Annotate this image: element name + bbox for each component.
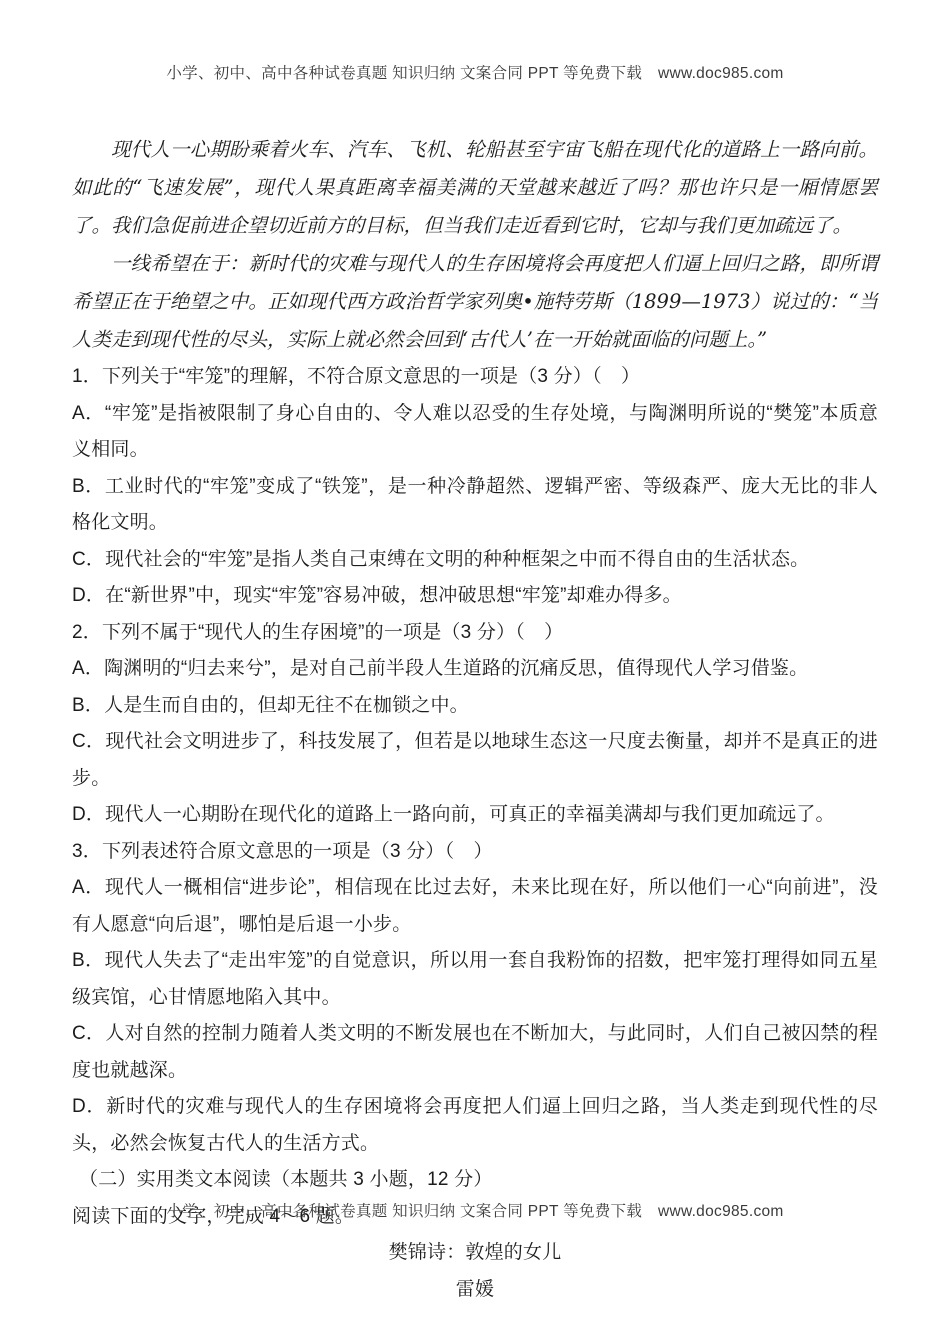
question-2-option-c: C．现代社会文明进步了，科技发展了，但若是以地球生态这一尺度去衡量，却并不是真正… <box>72 724 878 797</box>
section-2-heading: （二）实用类文本阅读（本题共 3 小题，12 分） <box>72 1162 878 1199</box>
question-1-option-b: B．工业时代的“牢笼”变成了“铁笼”，是一种冷静超然、逻辑严密、等级森严、庞大无… <box>72 469 878 542</box>
page-content: 现代人一心期盼乘着火车、汽车、飞机、轮船甚至宇宙飞船在现代化的道路上一路向前。如… <box>72 131 878 1308</box>
question-3-option-b: B．现代人失去了“走出牢笼”的自觉意识，所以用一套自我粉饰的招数，把牢笼打理得如… <box>72 943 878 1016</box>
page-header-watermark: 小学、初中、高中各种试卷真题 知识归纳 文案合同 PPT 等免费下载 www.d… <box>0 61 950 83</box>
question-1-option-d: D．在“新世界”中，现实“牢笼”容易冲破，想冲破思想“牢笼”却难办得多。 <box>72 578 878 615</box>
exam-document-page: 小学、初中、高中各种试卷真题 知识归纳 文案合同 PPT 等免费下载 www.d… <box>0 0 950 1344</box>
question-2-option-a: A．陶渊明的“归去来兮”，是对自己前半段人生道路的沉痛反思，值得现代人学习借鉴。 <box>72 651 878 688</box>
question-1-option-a: A．“牢笼”是指被限制了身心自由的、令人难以忍受的生存处境，与陶渊明所说的“樊笼… <box>72 396 878 469</box>
question-1-option-c: C．现代社会的“牢笼”是指人类自己束缚在文明的种种框架之中而不得自由的生活状态。 <box>72 542 878 579</box>
question-3-option-a: A．现代人一概相信“进步论”，相信现在比过去好，未来比现在好，所以他们一心“向前… <box>72 870 878 943</box>
page-footer-watermark: 小学、初中、高中各种试卷真题 知识归纳 文案合同 PPT 等免费下载 www.d… <box>0 1199 950 1221</box>
question-3-stem: 3．下列表述符合原文意思的一项是（3 分）（ ） <box>72 834 878 871</box>
passage-paragraph-1: 现代人一心期盼乘着火车、汽车、飞机、轮船甚至宇宙飞船在现代化的道路上一路向前。如… <box>72 131 878 245</box>
passage-2-title: 樊锦诗：敦煌的女儿 <box>72 1235 878 1272</box>
question-3-option-d: D．新时代的灾难与现代人的生存困境将会再度把人们逼上回归之路，当人类走到现代性的… <box>72 1089 878 1162</box>
passage-2-author: 雷媛 <box>72 1272 878 1309</box>
question-2-option-b: B．人是生而自由的，但却无往不在枷锁之中。 <box>72 688 878 725</box>
question-2-stem: 2．下列不属于“现代人的生存困境”的一项是（3 分）（ ） <box>72 615 878 652</box>
question-1-stem: 1．下列关于“牢笼”的理解，不符合原文意思的一项是（3 分）（ ） <box>72 359 878 396</box>
passage-paragraph-2: 一线希望在于：新时代的灾难与现代人的生存困境将会再度把人们逼上回归之路，即所谓希… <box>72 245 878 359</box>
question-3-option-c: C．人对自然的控制力随着人类文明的不断发展也在不断加大，与此同时，人们自己被囚禁… <box>72 1016 878 1089</box>
question-2-option-d: D．现代人一心期盼在现代化的道路上一路向前，可真正的幸福美满却与我们更加疏远了。 <box>72 797 878 834</box>
